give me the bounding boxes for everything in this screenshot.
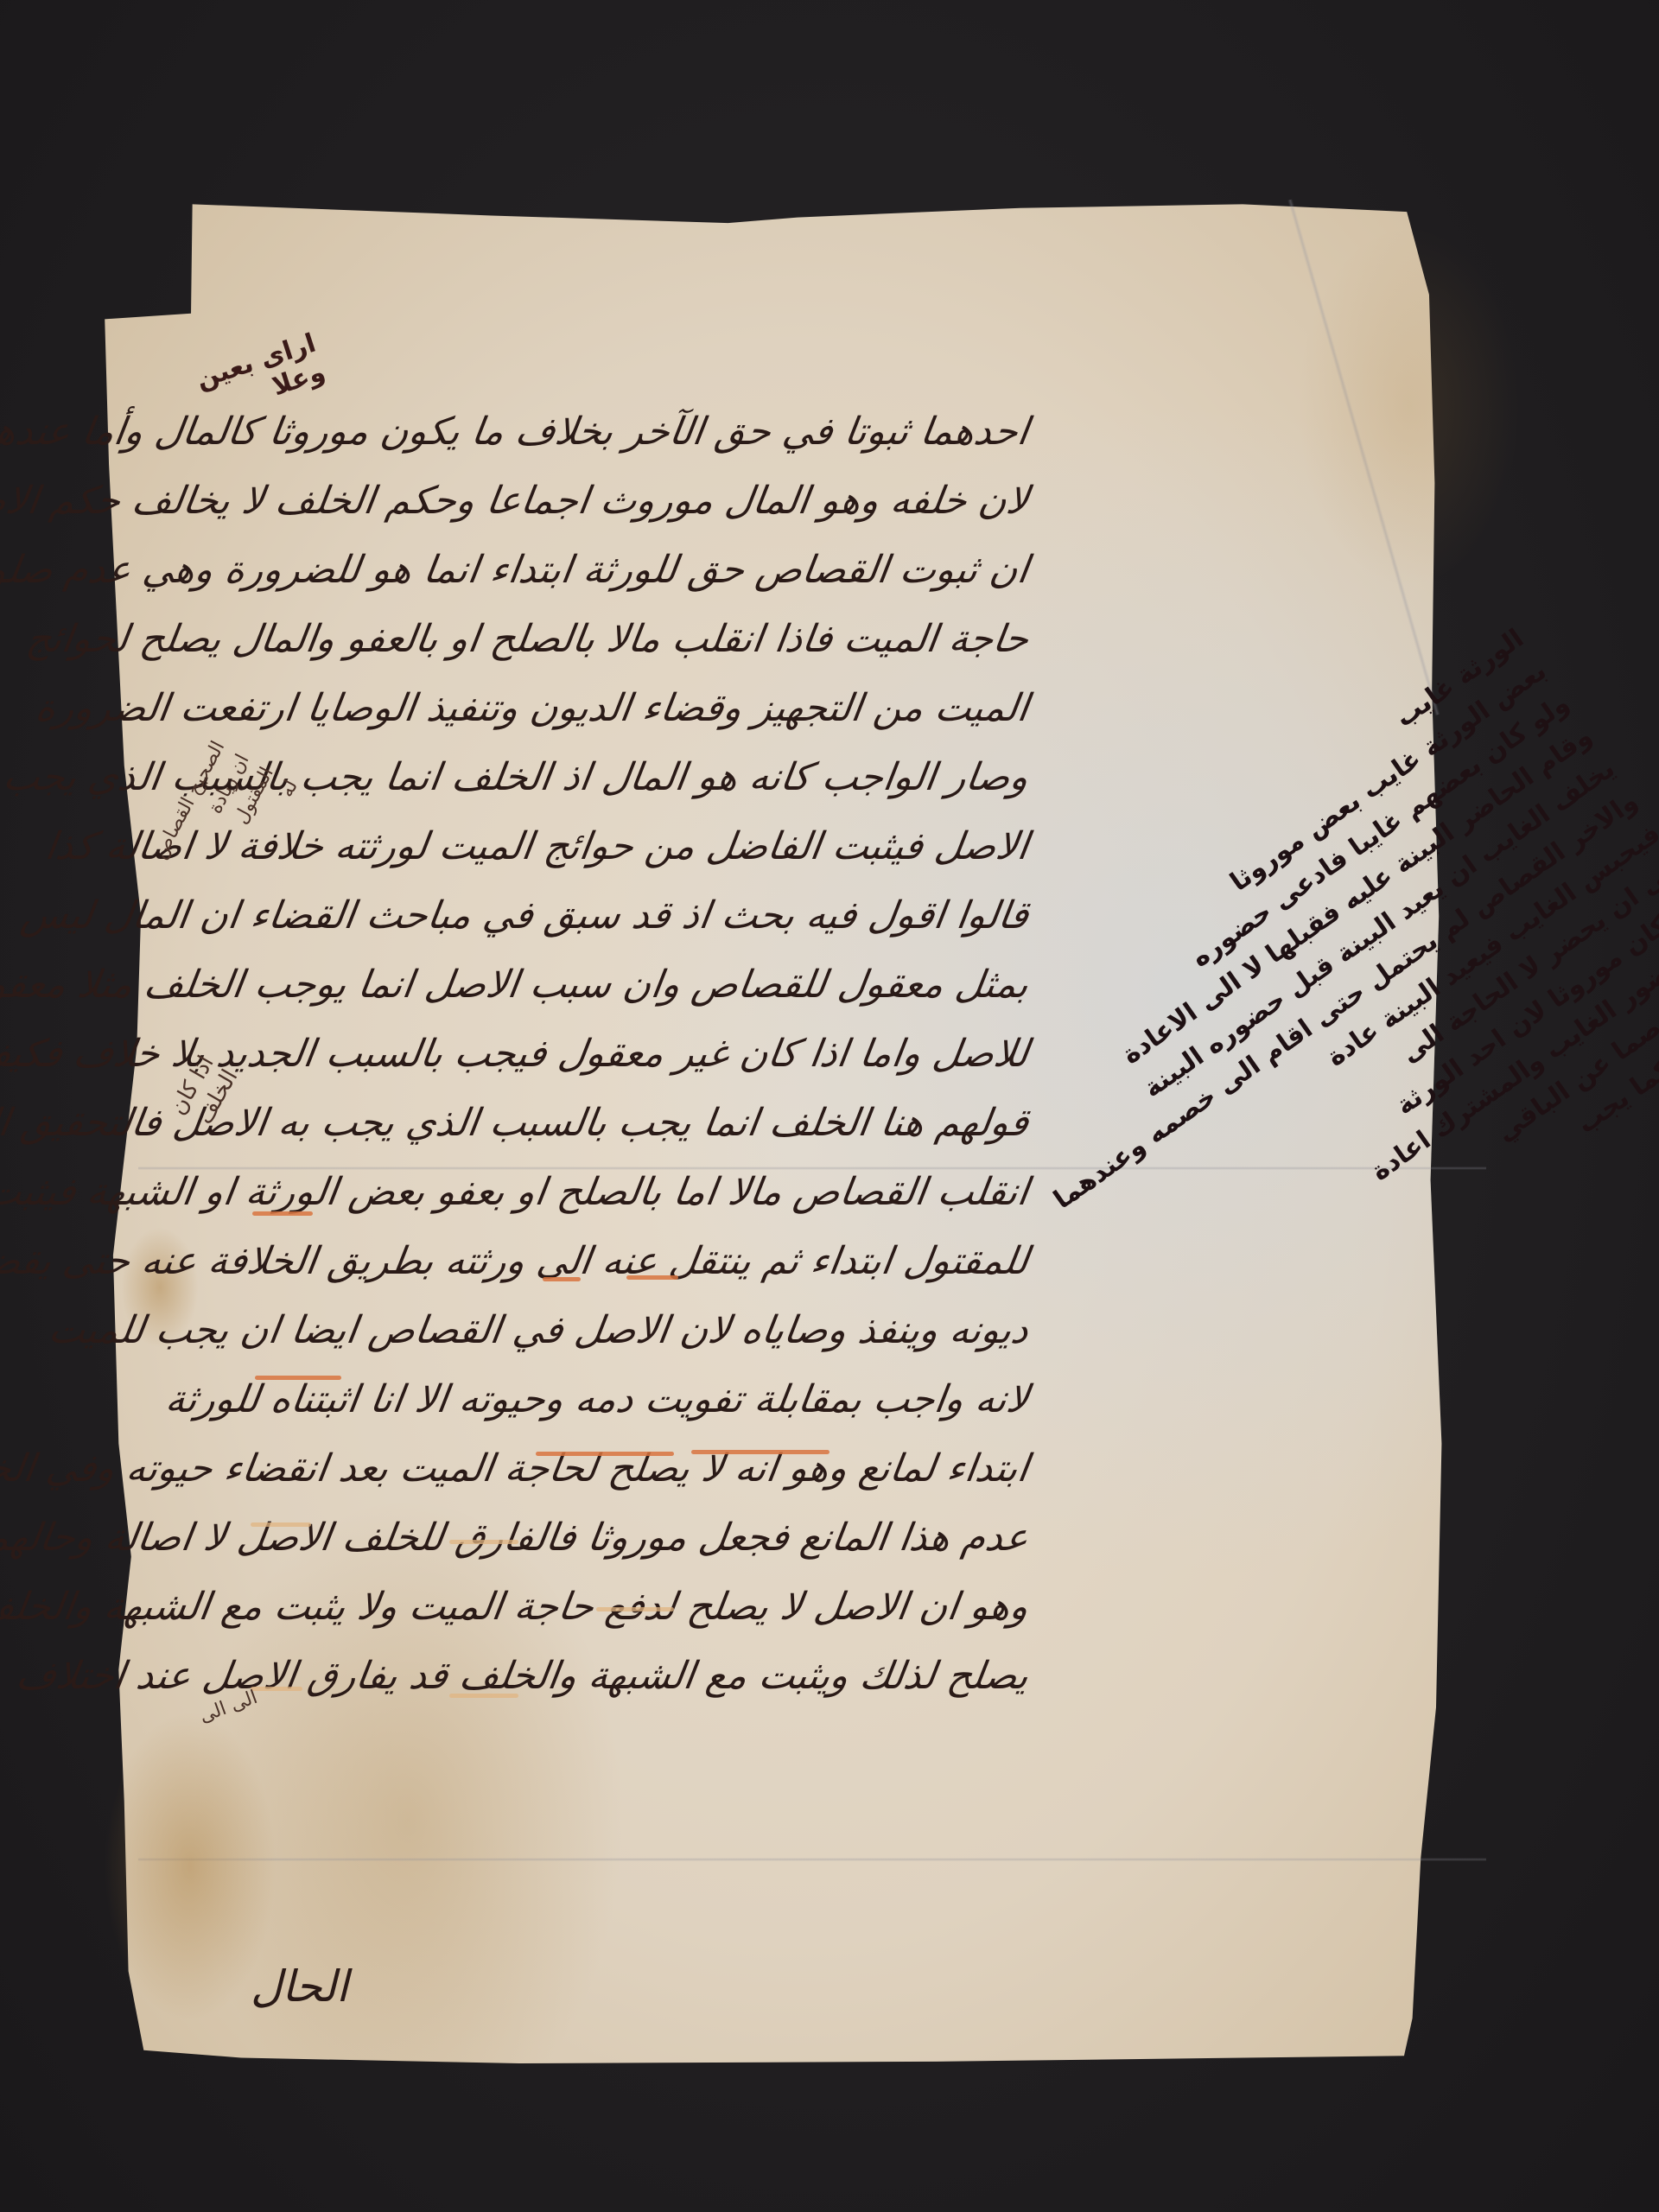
text-line: ان ثبوت القصاص حق للورثة ابتداء انما هو … — [241, 536, 1033, 605]
text-line: احدهما ثبوتا في حق الآخر بخلاف ما يكون م… — [241, 397, 1033, 467]
text-line: لانه واجب بمقابلة تفويت دمه وحيوته الا ا… — [241, 1365, 1033, 1434]
text-line: وصار الواجب كانه هو المال اذ الخلف انما … — [241, 743, 1033, 812]
rubric-overline — [536, 1452, 674, 1456]
rubric-overline — [251, 1522, 311, 1527]
rubric-overline — [543, 1277, 581, 1281]
text-line: الاصل فيثبت الفاضل من حوائج الميت لورثته… — [241, 812, 1033, 881]
rubric-overline — [626, 1275, 678, 1280]
rubric-overline — [255, 1376, 341, 1380]
rubric-overline — [252, 1211, 313, 1216]
text-line: ديونه وينفذ وصاياه لان الاصل في القصاص ا… — [241, 1296, 1033, 1365]
text-line: قالوا اقول فيه بحث اذ قد سبق في مباحث ال… — [241, 881, 1033, 950]
main-text-block: احدهما ثبوتا في حق الآخر بخلاف ما يكون م… — [246, 397, 1028, 1711]
text-line: للمقتول ابتداء ثم ينتقل عنه الى ورثته بط… — [241, 1227, 1033, 1296]
text-line: للاصل واما اذا كان غير معقول فيجب بالسبب… — [241, 1020, 1033, 1089]
rubric-overline — [691, 1450, 829, 1454]
rubric-overline — [449, 1694, 518, 1698]
text-line: لان خلفه وهو المال موروث اجماعا وحكم الخ… — [241, 467, 1033, 536]
text-line: ابتداء لمانع وهو انه لا يصلح لحاجة الميت… — [241, 1434, 1033, 1503]
rubric-overline — [596, 1607, 674, 1611]
text-line: بمثل معقول للقصاص وان سبب الاصل انما يوج… — [241, 950, 1033, 1020]
rubric-overline — [251, 1687, 302, 1691]
text-line: قولهم هنا الخلف انما يجب بالسبب الذي يجب… — [241, 1089, 1033, 1158]
text-line: الميت من التجهيز وقضاء الديون وتنفيذ الو… — [241, 674, 1033, 743]
catchword: الحال — [251, 1961, 348, 2012]
text-line: حاجة الميت فاذا انقلب مالا بالصلح او بال… — [241, 605, 1033, 674]
rubric-overline — [449, 1540, 518, 1544]
text-line: انقلب القصاص مالا اما بالصلح او بعفو بعض… — [241, 1158, 1033, 1227]
text-line: يصلح لذلك ويثبت مع الشبهة والخلف قد يفار… — [241, 1642, 1033, 1711]
text-line: عدم هذا المانع فجعل موروثا فالفارق للخلف… — [241, 1503, 1033, 1573]
